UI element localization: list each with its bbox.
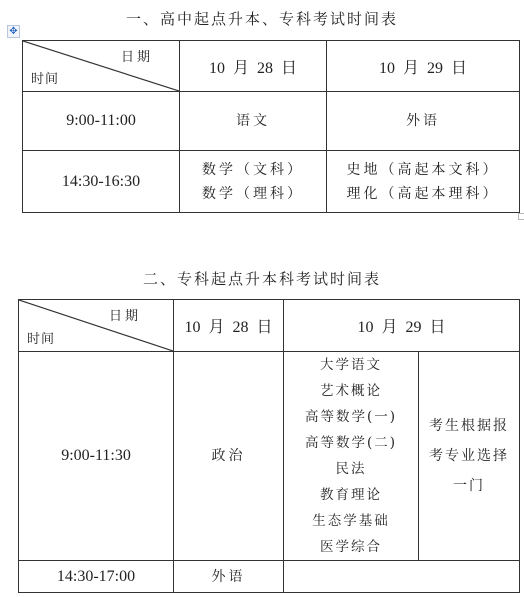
table1-schedule: 日期 时间 10 月 28 日 10 月 29 日 9:00-11:00 语文 … xyxy=(22,40,520,213)
subject: 高等数学(一) xyxy=(284,404,418,430)
subject-cell: 语文 xyxy=(180,92,327,151)
time-slot: 9:00-11:00 xyxy=(23,92,180,151)
subject: 高等数学(二) xyxy=(284,430,418,456)
table1-diagonal-header-cell: 日期 时间 xyxy=(23,41,180,92)
elective-subjects-cell: 大学语文 艺术概论 高等数学(一) 高等数学(二) 民法 教育理论 生态学基础 … xyxy=(284,352,419,561)
subject: 教育理论 xyxy=(284,482,418,508)
subject: 大学语文 xyxy=(284,352,418,378)
subject: 理化（高起本理科） xyxy=(327,182,519,206)
time-slot: 14:30-17:00 xyxy=(19,561,174,593)
subject-cell: 外语 xyxy=(174,561,284,593)
subject-cell: 政治 xyxy=(174,352,284,561)
date-header-oct29: 10 月 29 日 xyxy=(284,300,520,352)
table-move-handle-icon[interactable]: ✥ xyxy=(7,25,20,38)
table1-header-row: 日期 时间 10 月 28 日 10 月 29 日 xyxy=(23,41,520,92)
table-row: 14:30-17:00 外语 xyxy=(19,561,520,593)
date-axis-label: 日期 xyxy=(109,305,141,324)
subject: 数学（理科） xyxy=(180,182,326,206)
subject: 史地（高起本文科） xyxy=(327,158,519,182)
time-slot: 14:30-16:30 xyxy=(23,151,180,213)
subject: 民法 xyxy=(284,456,418,482)
table2-title: 二、专科起点升本科考试时间表 xyxy=(0,268,524,289)
table2-schedule: 日期 时间 10 月 28 日 10 月 29 日 9:00-11:30 政治 … xyxy=(18,299,520,593)
selection-note-cell: 考生根据报 考专业选择 一门 xyxy=(419,352,520,561)
table-row: 9:00-11:00 语文 外语 xyxy=(23,92,520,151)
date-header-oct29: 10 月 29 日 xyxy=(327,41,520,92)
date-axis-label: 日期 xyxy=(121,46,153,65)
table1-title: 一、高中起点升本、专科考试时间表 xyxy=(0,8,524,29)
subject: 医学综合 xyxy=(284,534,418,560)
subject: 生态学基础 xyxy=(284,508,418,534)
subject-cell: 外语 xyxy=(327,92,520,151)
table-resize-handle-icon[interactable] xyxy=(518,213,524,220)
subject-cell: 数学（文科） 数学（理科） xyxy=(180,151,327,213)
date-header-oct28: 10 月 28 日 xyxy=(174,300,284,352)
subject: 外语 xyxy=(327,109,519,133)
subject: 数学（文科） xyxy=(180,158,326,182)
subject-cell: 史地（高起本文科） 理化（高起本理科） xyxy=(327,151,520,213)
table-row: 9:00-11:30 政治 大学语文 艺术概论 高等数学(一) 高等数学(二) … xyxy=(19,352,520,561)
note-line: 考专业选择 xyxy=(419,441,519,471)
note-line: 考生根据报 xyxy=(419,411,519,441)
table-row: 14:30-16:30 数学（文科） 数学（理科） 史地（高起本文科） 理化（高… xyxy=(23,151,520,213)
subject: 艺术概论 xyxy=(284,378,418,404)
empty-cell xyxy=(284,561,520,593)
time-axis-label: 时间 xyxy=(31,68,59,87)
table2-header-row: 日期 时间 10 月 28 日 10 月 29 日 xyxy=(19,300,520,352)
subject: 语文 xyxy=(180,109,326,133)
note-line: 一门 xyxy=(419,471,519,501)
table2-diagonal-header-cell: 日期 时间 xyxy=(19,300,174,352)
time-slot: 9:00-11:30 xyxy=(19,352,174,561)
time-axis-label: 时间 xyxy=(27,328,55,347)
date-header-oct28: 10 月 28 日 xyxy=(180,41,327,92)
